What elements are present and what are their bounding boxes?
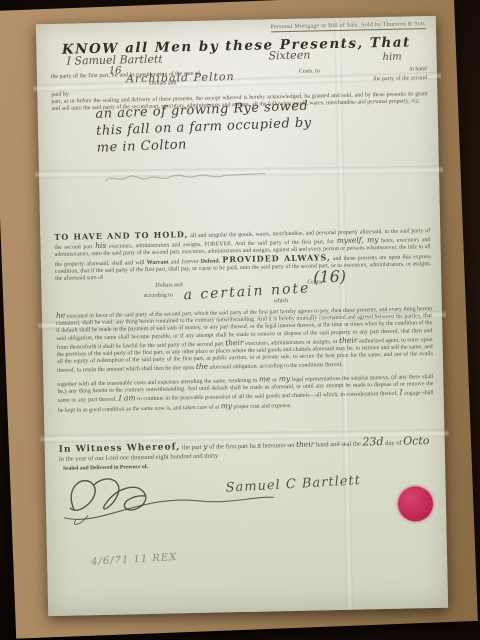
handwritten-their: their [225, 338, 243, 347]
document-paper: Personal Mortgage or Bill of Sale. Sold … [36, 16, 448, 616]
which-label: which [274, 298, 289, 304]
printer-imprint: Personal Mortgage or Bill of Sale. Sold … [270, 21, 426, 32]
handwritten-month-octo: Octo [403, 434, 430, 448]
handwritten-my: my [221, 401, 233, 410]
witness-text: of the first part ha [209, 443, 256, 451]
handwritten-he: he [56, 311, 65, 320]
photo-of-document: Personal Mortgage or Bill of Sale. Sold … [0, 0, 480, 640]
handwritten-their: their [296, 440, 314, 449]
surplus-text: proper cost and expense. [233, 403, 291, 410]
defend-word: Defend. [201, 258, 221, 264]
handwritten-his: his [95, 241, 106, 250]
surplus-paragraph: together with all the reasonable costs a… [57, 372, 434, 415]
witness-text: in the year of our Lord one thousand eig… [59, 453, 219, 463]
habendum-heading: TO HAVE AND TO HOLD, [54, 229, 188, 242]
intro-cents-to: Cents, to [299, 67, 320, 75]
handwritten-i-am: I am [118, 394, 135, 403]
handwritten-him: him [383, 54, 402, 62]
handwritten-day-23d: 23d [362, 435, 383, 448]
handwritten-sum-words: Sixteen [268, 52, 310, 61]
handwritten-myself-my: myself, my [337, 235, 379, 245]
witness-text: hand and seal the [316, 441, 361, 449]
witness-text: the part [182, 444, 202, 451]
wax-seal [398, 486, 434, 522]
handwritten-grantee-name: Archibald Pelton [126, 73, 235, 83]
faint-handwriting-scribble [101, 167, 271, 187]
handwritten-the: the [196, 362, 208, 371]
note-text: aforesaid obligation, according to the c… [210, 362, 344, 371]
handwritten-me: me [259, 374, 271, 383]
witness-text: hereunto set [263, 442, 295, 450]
dollars-label: Dollars and [155, 282, 182, 289]
handwritten-their: their [339, 335, 357, 344]
pencil-dealer-note: 4/6/71 11 REX [91, 552, 178, 568]
handwritten-16: 16 [109, 67, 122, 75]
intro-in-hand: in hand [409, 65, 427, 73]
surplus-text: engage [404, 391, 421, 397]
handwritten-my: my [279, 374, 291, 383]
handwritten-y: y [203, 442, 207, 451]
according-to-label: according to [143, 292, 172, 299]
handwritten-grantor-name: I Samuel Bartlett [67, 56, 163, 66]
handwritten-property-description: an acre of growing Rye sowed this fall o… [95, 94, 417, 157]
handwritten-s: s [257, 441, 261, 450]
surplus-text: or [272, 377, 277, 383]
handwritten-i: I [400, 388, 403, 397]
warrant-word: Warrant [147, 259, 169, 265]
surplus-text: to continue in the peaceable possession … [137, 391, 398, 402]
habendum-text: and forever [171, 259, 199, 266]
provided-always-heading: PROVIDED ALWAYS, [222, 252, 331, 264]
intro-party-second: the party of the second [373, 74, 427, 83]
witness-signature-flourish [59, 467, 280, 532]
handwritten-a-certain-note: a certain note [183, 280, 311, 303]
note-paragraph: he executed in favor of the said party o… [56, 304, 433, 375]
witness-text: day of [385, 440, 402, 447]
handwritten-amount-16: (16) [313, 267, 346, 287]
